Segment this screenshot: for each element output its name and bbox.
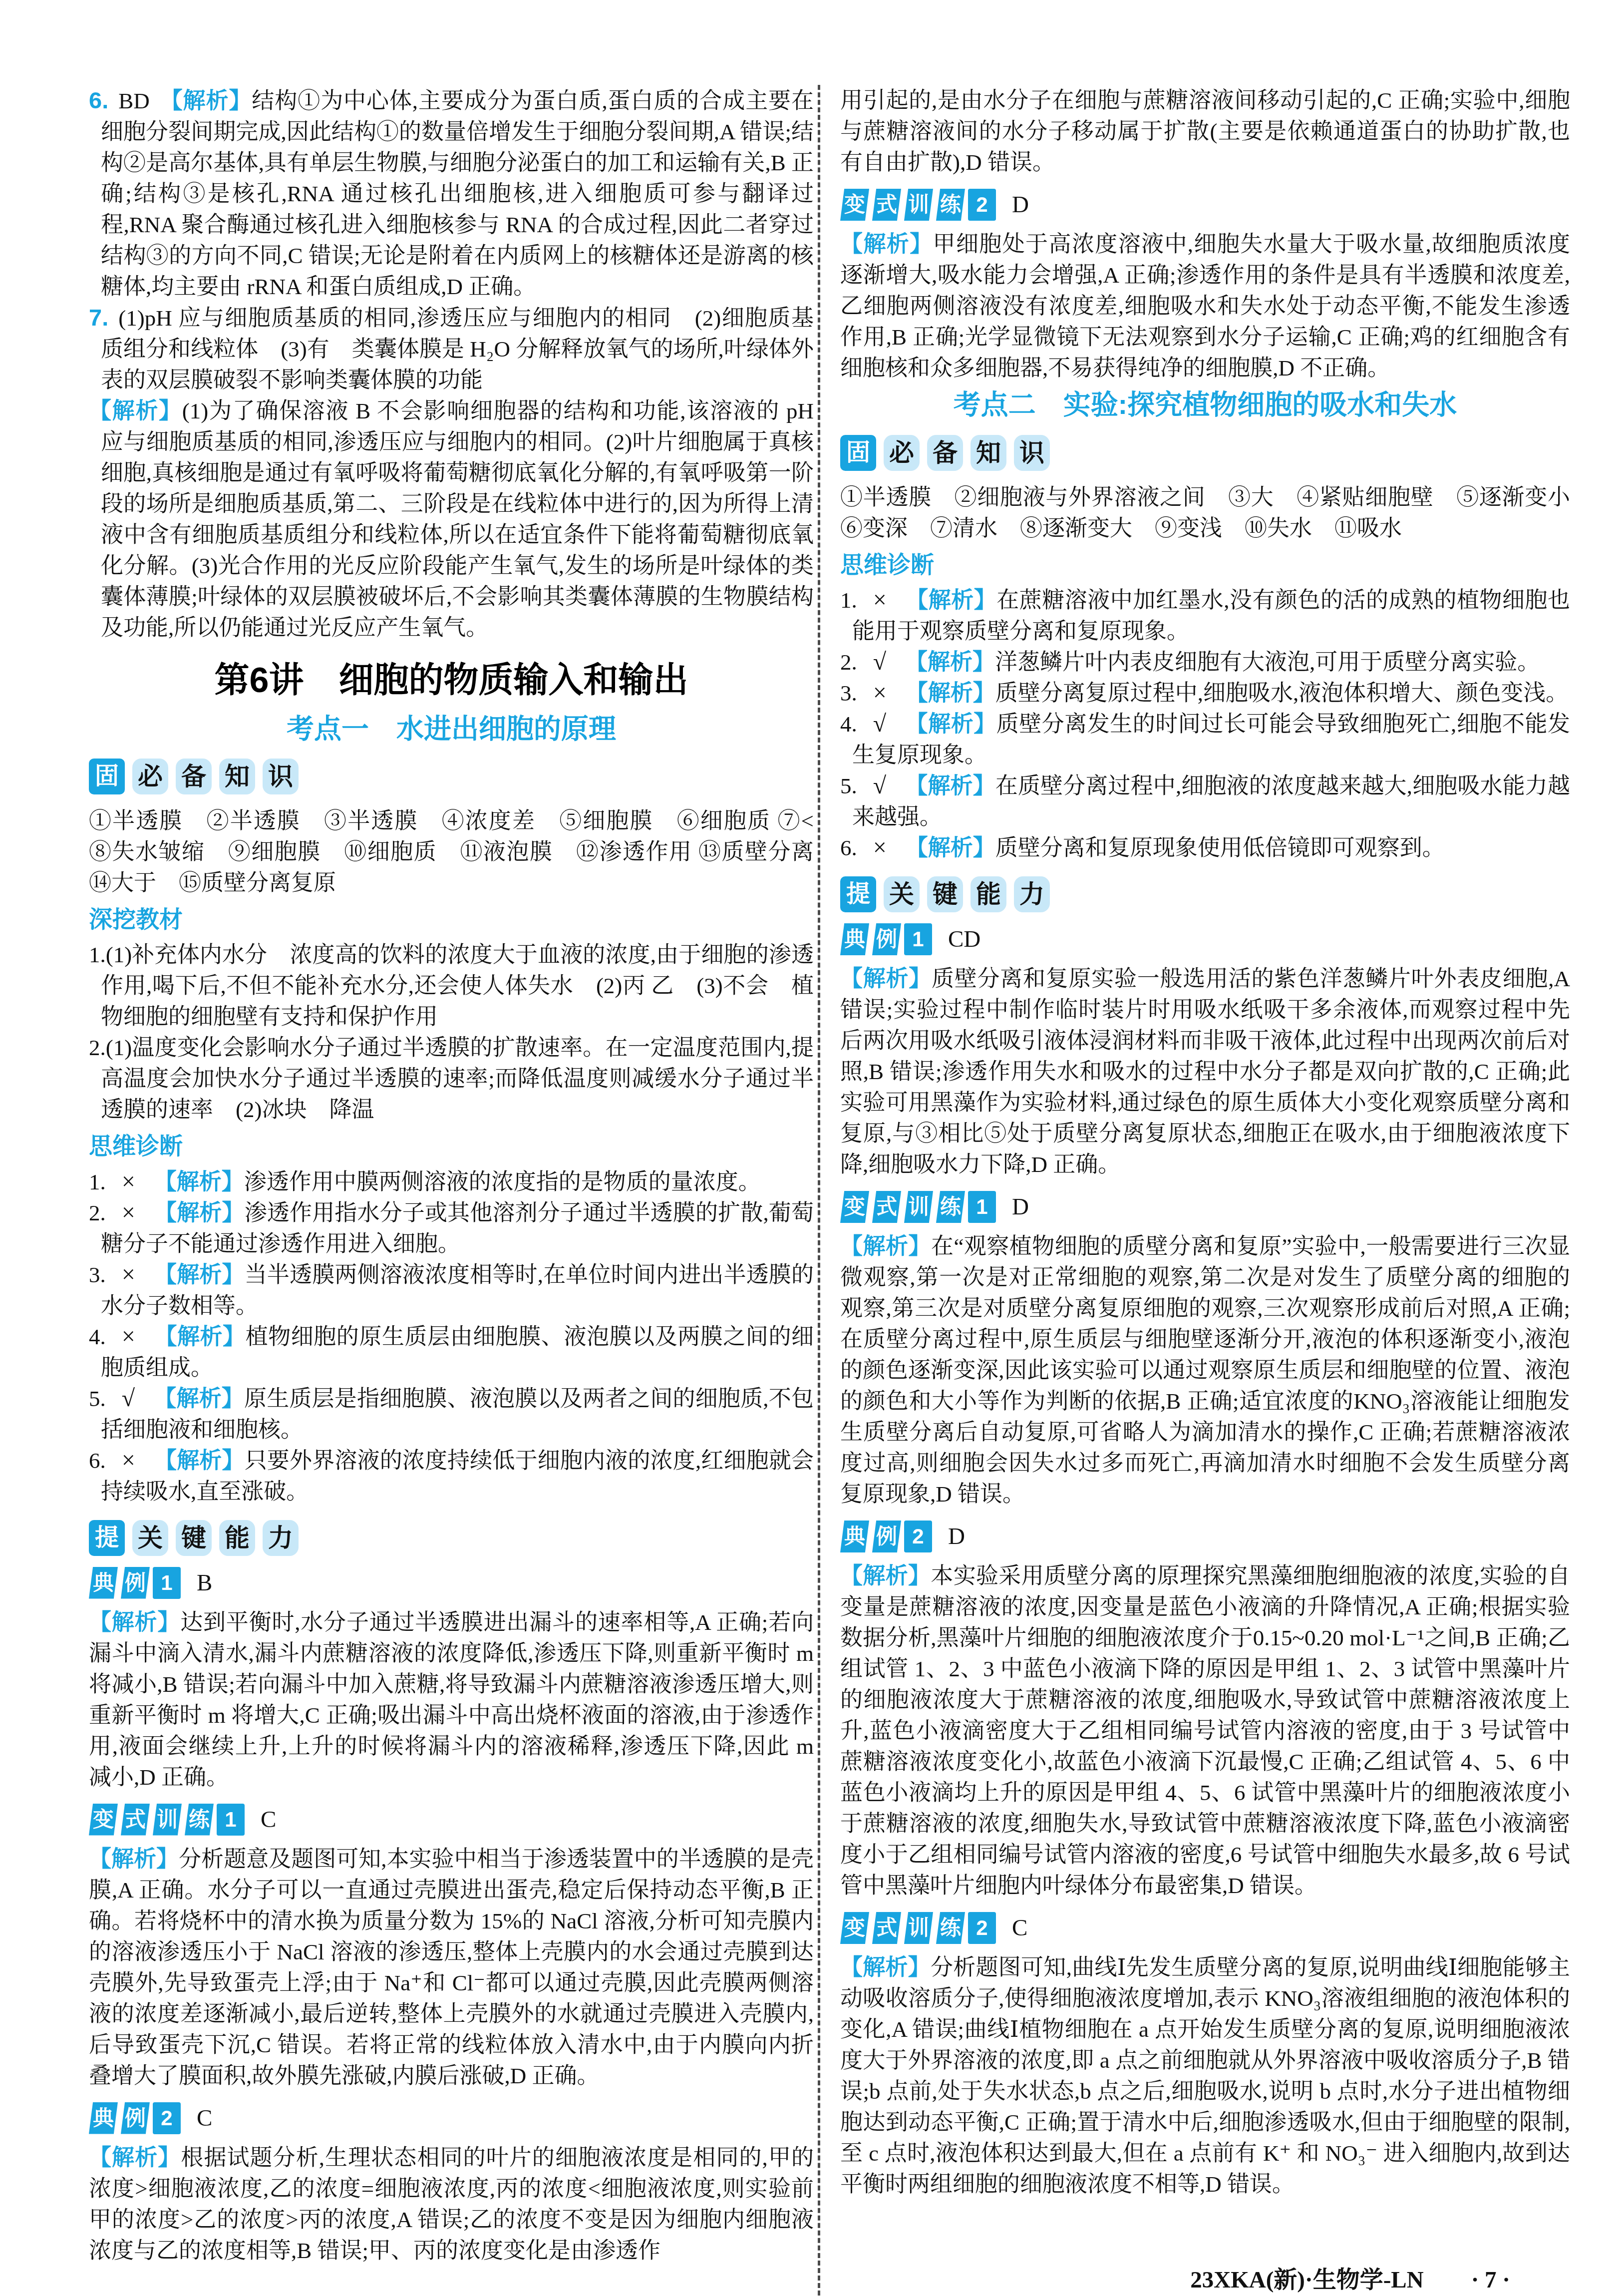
jiexi-label: 【解析】: [905, 773, 995, 798]
example-header: 典例1 CD: [840, 923, 1570, 955]
bianshi-tag: 训: [904, 1912, 933, 1944]
shenwa-item: 1.(1)补充体内水分 浓度高的饮料的浓度大于血液的浓度,由于细胞的渗透作用,喝…: [89, 939, 814, 1032]
badge-char: 知: [219, 759, 255, 794]
jiexi-text: 甲细胞处于高浓度溶液中,细胞失水量大于吸水量,故细胞质浓度逐渐增大,吸水能力会增…: [840, 232, 1570, 381]
jiexi-label: 【解析】: [154, 1200, 245, 1225]
item-number: 3.: [89, 1262, 106, 1287]
bianshi-tag: 训: [153, 1804, 182, 1836]
bianshi-tag: 式: [872, 1191, 901, 1223]
page-footer: 23XKA(新)·生物学-LN· 7 ·: [840, 2265, 1570, 2296]
dianli-tag: 典: [89, 2102, 118, 2134]
badge-char: 键: [176, 1520, 212, 1556]
judgment-mark: √: [122, 1385, 135, 1412]
badge-char: 备: [176, 759, 212, 794]
column-divider: [818, 85, 820, 2296]
question-answer: BD: [118, 88, 150, 113]
variant-number: 2: [968, 1912, 996, 1944]
item-number: 4.: [89, 1324, 106, 1349]
item-number: 3.: [840, 681, 857, 706]
judgment-mark: √: [873, 711, 886, 737]
judgment-mark: ×: [122, 1261, 135, 1288]
badge-char: 识: [1014, 435, 1050, 471]
jiexi-label: 【解析】: [89, 1846, 179, 1872]
badge-char: 关: [884, 876, 920, 912]
example-header: 典例1 B: [89, 1567, 814, 1599]
bianshi-tag: 式: [872, 1912, 901, 1944]
example-answer: CD: [948, 924, 980, 955]
jiexi-text: 达到平衡时,水分子通过半透膜进出漏斗的速率相等,A 正确;若向漏斗中滴入清水,漏…: [89, 1610, 814, 1790]
badge-char: 力: [1014, 876, 1050, 912]
jiexi-text: 质壁分离和复原现象使用低倍镜即可观察到。: [995, 835, 1445, 860]
badge-char: 知: [971, 435, 1006, 471]
item-number: 5.: [840, 773, 857, 798]
diagnosis-item: 4.×【解析】植物细胞的原生质层由细胞膜、液泡膜以及两膜之间的细胞质组成。: [89, 1321, 814, 1383]
variant-answer: C: [1012, 1913, 1027, 1943]
solution-paragraph: 【解析】分析题图可知,曲线Ⅰ先发生质壁分离的复原,说明曲线Ⅰ细胞能够主动吸收溶质…: [840, 1952, 1570, 2200]
variant-answer: D: [1012, 189, 1029, 220]
continuation-paragraph: 用引起的,是由水分子在细胞与蔗糖溶液间移动引起的,C 正确;实验中,细胞与蔗糖溶…: [840, 85, 1570, 178]
shenwa-item: 2.(1)温度变化会影响水分子通过半透膜的扩散速率。在一定温度范围内,提高温度会…: [89, 1032, 814, 1125]
question-answer: (1)pH 应与细胞质基质的相同,渗透压应与细胞内的相同 (2)细胞质基质组分和…: [101, 306, 814, 392]
jiexi-label: 【解析】: [840, 231, 933, 257]
jiexi-text: 本实验采用质壁分离的原理探究黑藻细胞细胞液的浓度,实验的自变量是蔗糖溶液的浓度,…: [840, 1563, 1570, 1898]
item-number: 5.: [89, 1386, 106, 1411]
diagnosis-item: 4.√【解析】质壁分离发生的时间过长可能会导致细胞死亡,细胞不能发生复原现象。: [840, 709, 1570, 770]
jiexi-label: 【解析】: [906, 587, 996, 613]
bianshi-tag: 变: [840, 189, 869, 221]
variant-header: 变式训练1 D: [840, 1191, 1570, 1223]
jiexi-label: 【解析】: [154, 1448, 245, 1473]
item-number: 6.: [89, 1448, 106, 1473]
question-number: 7.: [89, 304, 108, 331]
judgment-mark: ×: [873, 587, 887, 613]
section-title-kaodian1: 考点一 水进出细胞的原理: [89, 712, 814, 746]
judgment-mark: √: [873, 772, 886, 799]
variant-header: 变式训练1 C: [89, 1804, 814, 1836]
bianshi-tag: 式: [121, 1804, 150, 1836]
badge-ti: 提: [89, 1520, 125, 1556]
variant-number: 1: [968, 1191, 996, 1223]
badge-char: 键: [927, 876, 963, 912]
judgment-mark: ×: [873, 834, 887, 861]
sublabel-siwei: 思维诊断: [89, 1129, 814, 1163]
sublabel-shenwa: 深挖教材: [89, 902, 814, 936]
question-item-7: 7.(1)pH 应与细胞质基质的相同,渗透压应与细胞内的相同 (2)细胞质基质组…: [89, 302, 814, 395]
jiexi-label: 【解析】: [840, 1233, 931, 1259]
jiexi-label: 【解析】: [154, 1262, 245, 1287]
sublabel-siwei: 思维诊断: [840, 548, 1570, 582]
jiexi-label: 【解析】: [154, 1386, 244, 1411]
bianshi-tag: 训: [904, 1191, 933, 1223]
variant-number: 2: [968, 189, 996, 221]
example-number: 1: [904, 923, 932, 955]
badge-char: 备: [927, 435, 963, 471]
blanks-answers: ①半透膜 ②半透膜 ③半透膜 ④浓度差 ⑤细胞膜 ⑥细胞质 ⑦< ⑧失水皱缩 ⑨…: [89, 805, 814, 898]
diagnosis-item: 3.×【解析】当半透膜两侧溶液浓度相等时,在单位时间内进出半透膜的水分子数相等。: [89, 1259, 814, 1321]
blanks-answers: ①半透膜 ②细胞液与外界溶液之间 ③大 ④紧贴细胞壁 ⑤逐渐变小 ⑥变深 ⑦清水…: [840, 482, 1570, 544]
jiexi-text: 结构①为中心体,主要成分为蛋白质,蛋白质的合成主要在细胞分裂间期完成,因此结构①…: [101, 88, 814, 299]
item-number: 1.: [89, 1169, 106, 1194]
bianshi-tag: 练: [936, 1912, 965, 1944]
dianli-tag: 典: [89, 1567, 118, 1599]
badge-char: 能: [971, 876, 1006, 912]
diagnosis-item: 2.×【解析】渗透作用指水分子或其他溶剂分子通过半透膜的扩散,葡萄糖分子不能通过…: [89, 1197, 814, 1259]
diagnosis-item: 6.×【解析】质壁分离和复原现象使用低倍镜即可观察到。: [840, 832, 1570, 863]
section-title-kaodian2: 考点二 实验:探究植物细胞的吸水和失水: [840, 387, 1570, 422]
footer-brand: 23XKA(新)·生物学-LN: [1190, 2267, 1423, 2293]
example-number: 2: [153, 2102, 181, 2134]
diagnosis-item: 5.√【解析】在质壁分离过程中,细胞液的浓度越来越大,细胞吸水能力越来越强。: [840, 770, 1570, 832]
badge-bibei-zhishi: 固 必 备 知 识: [89, 759, 814, 794]
variant-header: 变式训练2 C: [840, 1912, 1570, 1944]
bianshi-tag: 训: [904, 189, 933, 221]
jiexi-label: 【解析】: [840, 966, 932, 991]
jiexi-text: 分析题图可知,曲线Ⅰ先发生质壁分离的复原,说明曲线Ⅰ细胞能够主动吸收溶质分子,使…: [840, 1955, 1570, 2197]
jiexi-text: 洋葱鳞片叶内表皮细胞有大液泡,可用于质壁分离实验。: [995, 650, 1540, 675]
jiexi-label: 【解析】: [89, 2145, 181, 2170]
diagnosis-item: 2.√【解析】洋葱鳞片叶内表皮细胞有大液泡,可用于质壁分离实验。: [840, 647, 1570, 678]
bianshi-tag: 变: [840, 1912, 869, 1944]
item-number: 4.: [840, 712, 857, 737]
jiexi-label: 【解析】: [840, 1563, 931, 1588]
jiexi-label: 【解析】: [154, 1169, 244, 1194]
example-header: 典例2 C: [89, 2102, 814, 2134]
badge-ti: 提: [840, 876, 876, 912]
solution-paragraph: 【解析】根据试题分析,生理状态相同的叶片的细胞液浓度是相同的,甲的浓度>细胞液浓…: [89, 2142, 814, 2266]
judgment-mark: ×: [122, 1168, 135, 1195]
jiexi-label: 【解析】: [906, 680, 995, 706]
item-number: 2.: [840, 650, 857, 675]
diagnosis-item: 1.×【解析】在蔗糖溶液中加红墨水,没有颜色的活的成熟的植物细胞也能用于观察质壁…: [840, 585, 1570, 647]
variant-answer: C: [261, 1804, 276, 1835]
diagnosis-item: 1.×【解析】渗透作用中膜两侧溶液的浓度指的是物质的量浓度。: [89, 1166, 814, 1197]
bianshi-tag: 练: [936, 1191, 965, 1223]
jiexi-text: 质壁分离和复原实验一般选用活的紫色洋葱鳞片叶外表皮细胞,A 错误;实验过程中制作…: [840, 966, 1570, 1177]
judgment-mark: ×: [122, 1199, 135, 1226]
dianli-tag: 例: [121, 1567, 150, 1599]
solution-paragraph: 【解析】本实验采用质壁分离的原理探究黑藻细胞细胞液的浓度,实验的自变量是蔗糖溶液…: [840, 1560, 1570, 1901]
diagnosis-item: 3.×【解析】质壁分离复原过程中,细胞吸水,液泡体积增大、颜色变浅。: [840, 678, 1570, 709]
jiexi-label: 【解析】: [905, 649, 995, 675]
lecture-title: 第6讲 细胞的物质输入和输出: [89, 660, 814, 701]
jiexi-label: 【解析】: [840, 1954, 931, 1980]
jiexi-text: 质壁分离复原过程中,细胞吸水,液泡体积增大、颜色变浅。: [995, 681, 1569, 706]
dianli-tag: 例: [872, 923, 901, 955]
column-right: 用引起的,是由水分子在细胞与蔗糖溶液间移动引起的,C 正确;实验中,细胞与蔗糖溶…: [840, 85, 1570, 2296]
badge-gu: 固: [89, 759, 125, 794]
example-answer: B: [197, 1567, 212, 1598]
item-number: 6.: [840, 835, 857, 860]
solution-paragraph: 【解析】质壁分离和复原实验一般选用活的紫色洋葱鳞片叶外表皮细胞,A 错误;实验过…: [840, 963, 1570, 1180]
jiexi-text: (1)为了确保溶液 B 不会影响细胞器的结构和功能,该溶液的 pH 应与细胞质基…: [101, 398, 814, 640]
jiexi-label: 【解析】: [160, 88, 252, 113]
item-number: 2.: [89, 1200, 106, 1225]
solution-paragraph: 【解析】在“观察植物细胞的质壁分离和复原”实验中,一般需要进行三次显微观察,第一…: [840, 1231, 1570, 1510]
dianli-tag: 例: [121, 2102, 150, 2134]
badge-char: 能: [219, 1520, 255, 1556]
judgment-mark: ×: [122, 1323, 135, 1350]
jiexi-text: 分析题意及题图可知,本实验中相当于渗透装置中的半透膜的是壳膜,A 正确。水分子可…: [89, 1847, 814, 2088]
jiexi-label: 【解析】: [89, 1609, 180, 1635]
column-left: 6.BD【解析】结构①为中心体,主要成分为蛋白质,蛋白质的合成主要在细胞分裂间期…: [89, 85, 814, 2296]
jiexi-text: 渗透作用中膜两侧溶液的浓度指的是物质的量浓度。: [244, 1169, 761, 1194]
badge-char: 必: [884, 435, 920, 471]
example-number: 1: [153, 1567, 181, 1599]
variant-answer: D: [1012, 1191, 1029, 1222]
question-item-6: 6.BD【解析】结构①为中心体,主要成分为蛋白质,蛋白质的合成主要在细胞分裂间期…: [89, 85, 814, 302]
badge-guanjian-nengli: 提 关 键 能 力: [840, 876, 1570, 912]
judgment-mark: √: [873, 649, 886, 675]
diagnosis-item: 5.√【解析】原生质层是指细胞膜、液泡膜以及两者之间的细胞质,不包括细胞液和细胞…: [89, 1383, 814, 1445]
jiexi-label: 【解析】: [154, 1324, 246, 1349]
page-sheet: 6.BD【解析】结构①为中心体,主要成分为蛋白质,蛋白质的合成主要在细胞分裂间期…: [0, 0, 1619, 2296]
judgment-mark: ×: [873, 680, 887, 706]
example-header: 典例2 D: [840, 1521, 1570, 1552]
solution-paragraph: 【解析】达到平衡时,水分子通过半透膜进出漏斗的速率相等,A 正确;若向漏斗中滴入…: [89, 1607, 814, 1793]
example-answer: C: [197, 2103, 212, 2134]
jiexi-label: 【解析】: [905, 711, 996, 737]
badge-char: 关: [132, 1520, 168, 1556]
badge-gu: 固: [840, 435, 876, 471]
dianli-tag: 典: [840, 1521, 869, 1552]
badge-bibei-zhishi: 固 必 备 知 识: [840, 435, 1570, 471]
jiexi-label: 【解析】: [906, 835, 995, 860]
jiexi-label: 【解析】: [89, 398, 182, 423]
bianshi-tag: 练: [185, 1804, 214, 1836]
bianshi-tag: 变: [840, 1191, 869, 1223]
badge-char: 必: [132, 759, 168, 794]
judgment-mark: ×: [122, 1447, 135, 1474]
example-answer: D: [948, 1521, 965, 1552]
solution-paragraph: 【解析】分析题意及题图可知,本实验中相当于渗透装置中的半透膜的是壳膜,A 正确。…: [89, 1844, 814, 2091]
jiexi-text: 在“观察植物细胞的质壁分离和复原”实验中,一般需要进行三次显微观察,第一次是对正…: [840, 1234, 1570, 1507]
bianshi-tag: 练: [936, 189, 965, 221]
variant-header: 变式训练2 D: [840, 189, 1570, 221]
example-number: 2: [904, 1521, 932, 1552]
solution-paragraph: 【解析】甲细胞处于高浓度溶液中,细胞失水量大于吸水量,故细胞质浓度逐渐增大,吸水…: [840, 229, 1570, 383]
badge-char: 识: [263, 759, 299, 794]
question-7-solution: 【解析】(1)为了确保溶液 B 不会影响细胞器的结构和功能,该溶液的 pH 应与…: [89, 395, 814, 643]
footer-page-number: · 7 ·: [1471, 2267, 1510, 2293]
dianli-tag: 例: [872, 1521, 901, 1552]
dianli-tag: 典: [840, 923, 869, 955]
bianshi-tag: 式: [872, 189, 901, 221]
diagnosis-item: 6.×【解析】只要外界溶液的浓度持续低于细胞内液的浓度,红细胞就会持续吸水,直至…: [89, 1445, 814, 1507]
badge-guanjian-nengli: 提 关 键 能 力: [89, 1520, 814, 1556]
variant-number: 1: [217, 1804, 245, 1836]
question-number: 6.: [89, 87, 108, 113]
item-number: 1.: [840, 588, 857, 613]
bianshi-tag: 变: [89, 1804, 118, 1836]
badge-char: 力: [263, 1520, 299, 1556]
jiexi-text: 根据试题分析,生理状态相同的叶片的细胞液浓度是相同的,甲的浓度>细胞液浓度,乙的…: [89, 2145, 814, 2263]
